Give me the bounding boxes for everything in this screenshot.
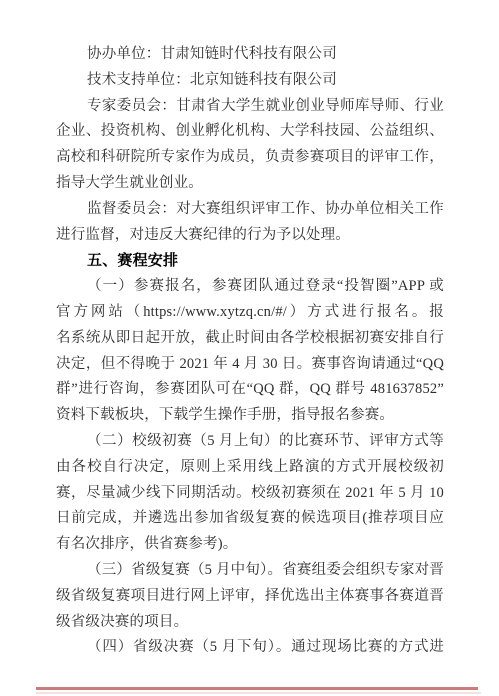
section-heading: 五、赛程安排 bbox=[56, 248, 444, 274]
text-line: 日前完成，并遴选出参加省级复赛的候选项目(推荐项目应 bbox=[56, 506, 444, 532]
text-line: 进行监督，对违反大赛纪律的行为予以处理。 bbox=[56, 223, 444, 249]
text-line: 由各校自行决定，原则上采用线上路演的方式开展校级初 bbox=[56, 455, 444, 481]
text-line: （二）校级初赛（5 月上旬）的比赛环节、评审方式等 bbox=[56, 429, 444, 455]
text-line: 官方网站（https://www.xytzq.cn/#/）方式进行报名。报 bbox=[56, 300, 444, 326]
text-line: 高校和科研院所专家作为成员，负责参赛项目的评审工作， bbox=[56, 145, 444, 171]
footer-divider-secondary bbox=[36, 692, 481, 694]
text-line: （三）省级复赛（5 月中旬）。省赛组委会组织专家对晋 bbox=[56, 558, 444, 584]
document-page: 协办单位：甘肃知链时代科技有限公司 技术支持单位：北京知链科技有限公司 专家委员… bbox=[0, 0, 499, 696]
text-line: 有名次排序，供省赛参考)。 bbox=[56, 532, 444, 558]
text-line: 名系统从即日起开放，截止时间由各学校根据初赛安排自行 bbox=[56, 326, 444, 352]
text-line: （一）参赛报名，参赛团队通过登录“投智圈”APP 或 bbox=[56, 274, 444, 300]
footer-divider-primary bbox=[36, 687, 478, 690]
text-line: 指导大学生就业创业。 bbox=[56, 171, 444, 197]
text-line: 协办单位：甘肃知链时代科技有限公司 bbox=[56, 42, 444, 68]
text-line: 级省级决赛的项目。 bbox=[56, 610, 444, 636]
text-line: 企业、投资机构、创业孵化机构、大学科技园、公益组织、 bbox=[56, 119, 444, 145]
text-line: 专家委员会：甘肃省大学生就业创业导师库导师、行业 bbox=[56, 94, 444, 120]
text-line: 资料下载板块，下载学生操作手册，指导报名参赛。 bbox=[56, 403, 444, 429]
text-line: 级省级复赛项目进行网上评审，择优选出主体赛事各赛道晋 bbox=[56, 584, 444, 610]
text-line: （四）省级决赛（5 月下旬）。通过现场比赛的方式进行， bbox=[56, 635, 444, 661]
text-line: 群”进行咨询，参赛团队可在“QQ 群，QQ 群号 481637852” bbox=[56, 377, 444, 403]
text-line: 决定，但不得晚于 2021 年 4 月 30 日。赛事咨询请通过“QQ bbox=[56, 352, 444, 378]
text-line: 监督委员会：对大赛组织评审工作、协办单位相关工作 bbox=[56, 197, 444, 223]
text-line: 赛，尽量减少线下同期活动。校级初赛须在 2021 年 5 月 10 bbox=[56, 481, 444, 507]
text-line: 技术支持单位：北京知链科技有限公司 bbox=[56, 68, 444, 94]
document-body: 协办单位：甘肃知链时代科技有限公司 技术支持单位：北京知链科技有限公司 专家委员… bbox=[56, 42, 444, 661]
